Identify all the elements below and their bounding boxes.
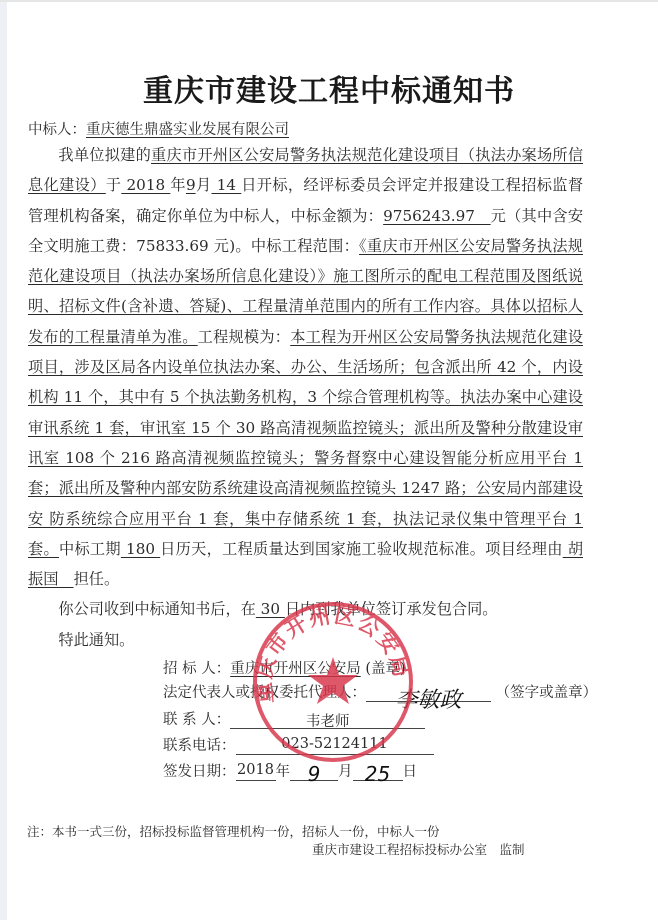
footer-note: 注：本书一式三份，招标投标监督管理机构一份，招标人一份，中标人一份 [27,822,440,840]
official-seal-icon: 重庆市开州区公安局 [248,597,418,767]
footer-issuer: 重庆市建设工程招标投标办公室 监制 [312,840,525,858]
tenderer-label: 招 标 人： [163,661,230,677]
notice-document: 重庆市建设工程中标通知书 中标人：重庆德生鼎盛实业发展有限公司 我单位拟建的重庆… [0,0,658,920]
phone-label: 联系电话： [163,738,236,754]
signature-block: 招 标 人：重庆市开州区公安局 (盖章) 法定代表人或授权委托代理人：李敏政 （… [0,0,658,920]
date-label: 签发日期： [163,764,236,780]
representative-suffix: （签字或盖章） [496,685,598,701]
contact-label: 联 系 人： [163,712,230,728]
